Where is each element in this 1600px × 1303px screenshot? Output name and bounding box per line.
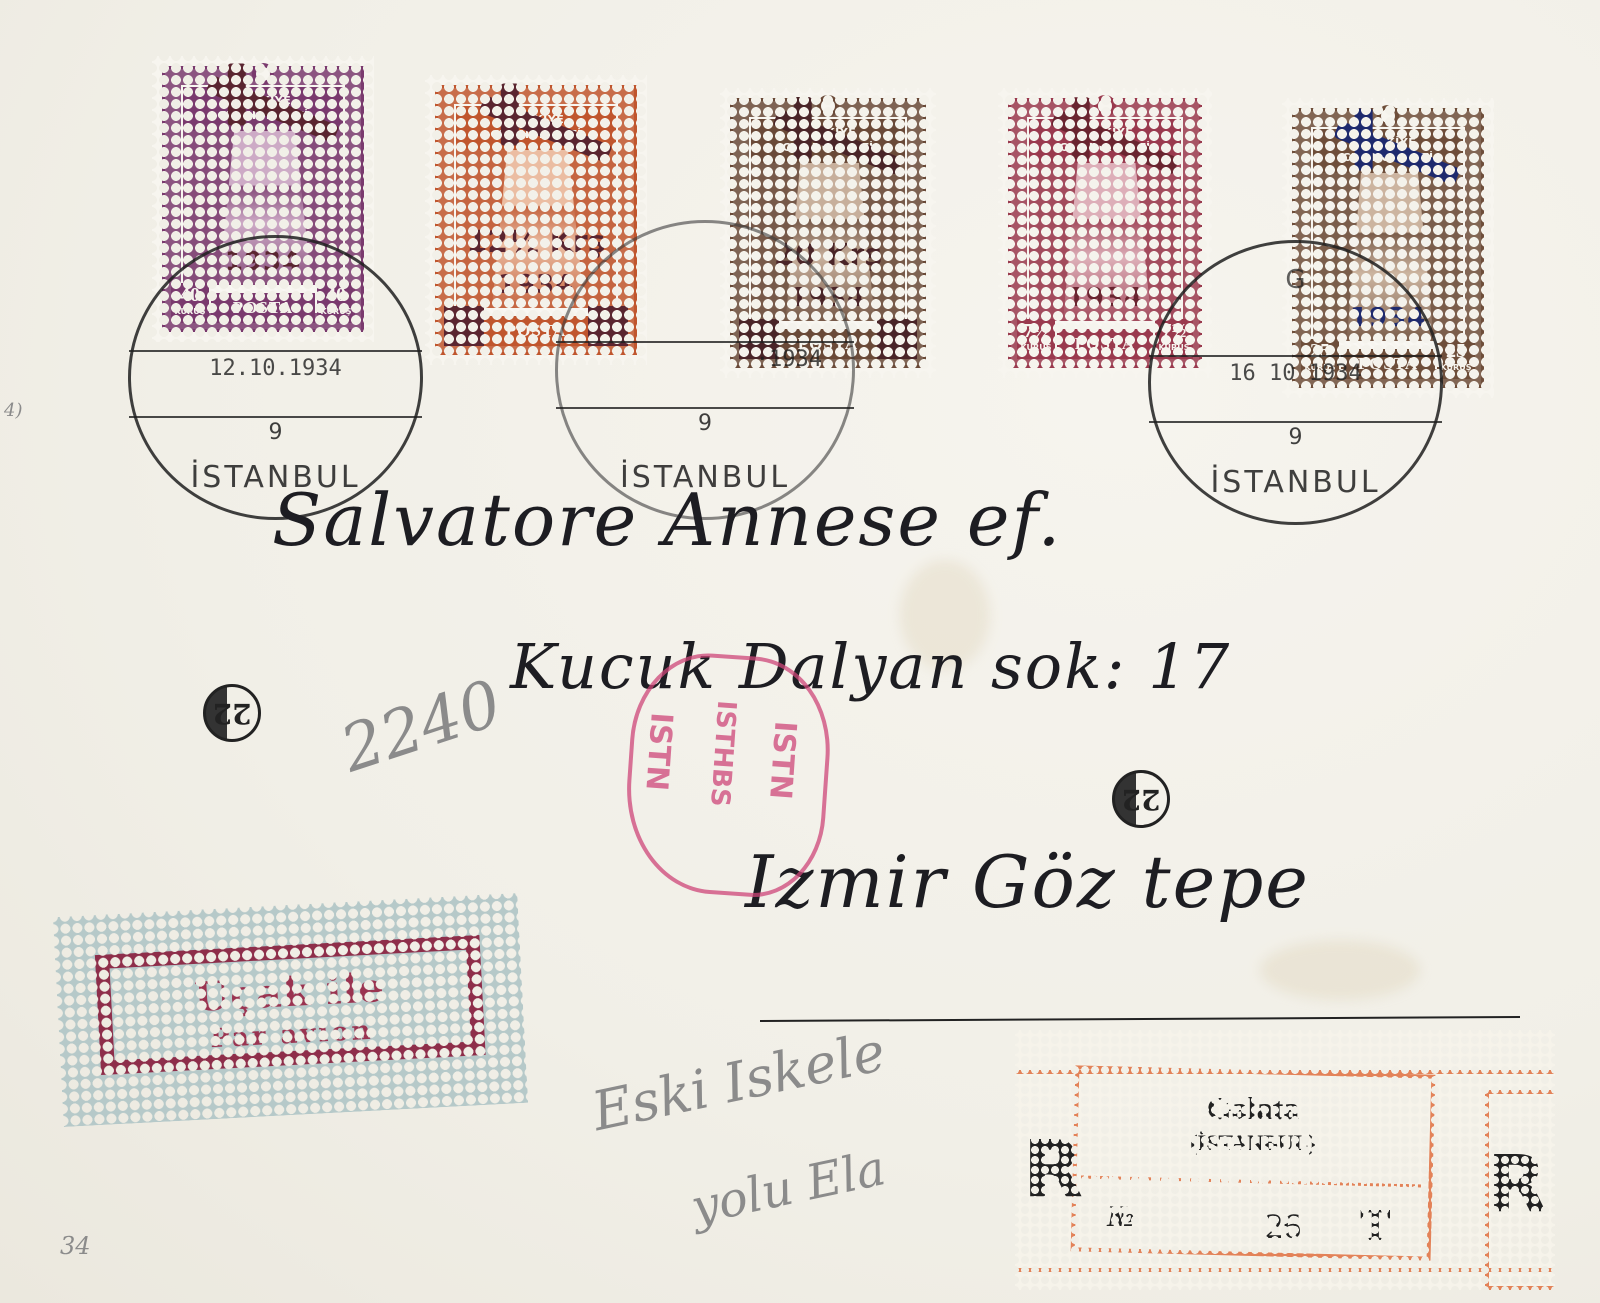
- registration-suffix: T: [1360, 1198, 1391, 1251]
- censor-text: ISTN: [638, 711, 678, 792]
- registration-letter-next: R: [1487, 1140, 1547, 1230]
- stamp-value: 25: [1446, 340, 1466, 362]
- stamp-value: 25: [1310, 340, 1330, 362]
- overprint-year: 1934: [438, 270, 634, 300]
- stamp-ankara-kalesi: TÜRKİYECUMHURİYETİ 12½ Krş 1934 POSTA: [425, 75, 647, 365]
- registration-number: 26: [1265, 1205, 1301, 1247]
- stamp-25-kurus: TÜRKİYECUMHURİYETİ 1934 25KURUŞ 25KURUŞ …: [1282, 98, 1494, 398]
- stamp-unit: KURUŞ: [1017, 343, 1055, 353]
- stamp-unit: KURUŞ: [171, 307, 209, 317]
- recipient-street: Kucuk Dalyan sok: 17: [510, 630, 1231, 703]
- overprint-value: 12½ Krş: [438, 225, 634, 260]
- censor-text: ISTHBS: [704, 699, 741, 807]
- stamp-20-krs-overprint: TÜRKİYECUMHURİYETİ 20 Krş 1934 POSTA: [720, 88, 936, 378]
- pencil-note: yolu Ela: [686, 1140, 890, 1236]
- obliteration-bar: [588, 306, 628, 346]
- pencil-margin-note: 4): [4, 400, 22, 421]
- stamp-posta: POSTA: [1341, 349, 1435, 379]
- envelope: TÜRKİYECUMHURİYETİ 1934 40KURUŞ 40KURUŞ …: [0, 0, 1600, 1303]
- stamp-value: 40: [326, 284, 346, 306]
- stamp-posta: POSTA: [211, 293, 315, 323]
- stamp-posta: POSTA: [484, 316, 588, 346]
- censor-text: ISTN: [762, 720, 802, 801]
- obliteration-bar: [739, 319, 779, 359]
- circled-mark: 22: [1112, 770, 1170, 828]
- overprint-year: 1934: [165, 247, 361, 277]
- registration-city: (İSTANBUL): [1073, 1130, 1433, 1156]
- pencil-note: Eski Iskele: [587, 1020, 891, 1143]
- stamp-posta: POSTA: [1057, 329, 1153, 359]
- stamp-unit: KURUŞ: [1155, 343, 1193, 353]
- registration-label: R R Galata (İSTANBUL) № 26 T: [1015, 1030, 1555, 1290]
- postmark-number: 9: [131, 420, 420, 445]
- crescent-star-icon: [252, 63, 274, 85]
- stamp-unit: KURUŞ: [317, 307, 355, 317]
- circled-mark: 22: [203, 684, 261, 742]
- stamp-value: 40: [180, 284, 200, 306]
- stamp-posta: POSTA: [779, 329, 877, 359]
- stamp-7-5-kurus: TÜRKİYECUMHURİYETİ 1934 7½KURUŞ 7½KURUŞ …: [998, 88, 1212, 378]
- postmark-city: İSTANBUL: [1151, 465, 1440, 500]
- stamp-value: 7½: [1162, 320, 1187, 342]
- postmark-number: 9: [558, 411, 852, 436]
- stamp-40-kurus: TÜRKİYECUMHURİYETİ 1934 40KURUŞ 40KURUŞ …: [152, 56, 374, 342]
- overprint-year: 1934: [1011, 283, 1199, 313]
- obliteration-bar: [444, 306, 484, 346]
- stamp-value: 7½: [1024, 320, 1049, 342]
- overprint-value: 20 Krş: [733, 238, 923, 273]
- recipient-name: Salvatore Annese ef.: [272, 478, 1062, 562]
- pencil-number: 2240: [333, 667, 511, 788]
- censor-handstamp: ISTN ISTHBS ISTN: [620, 648, 836, 901]
- recipient-city: Izmir Göz tepe: [745, 840, 1310, 924]
- overprint-year: 1934: [733, 283, 923, 313]
- stamp-unit: KURUŞ: [1437, 363, 1475, 373]
- crescent-star-icon: [1094, 95, 1116, 117]
- airmail-label: Uçak ile Par avion: [53, 893, 528, 1127]
- pencil-corner-note: 34: [60, 1232, 91, 1260]
- crescent-star-icon: [1377, 105, 1399, 127]
- obliteration-bar: [877, 319, 917, 359]
- stamp-unit: KURUŞ: [1301, 363, 1339, 373]
- registration-office: Galata: [1073, 1090, 1433, 1127]
- numero-sign: №: [1107, 1200, 1134, 1234]
- overprint-year: 1934: [1295, 303, 1481, 333]
- postmark-number: 9: [1151, 425, 1440, 450]
- crescent-star-icon: [817, 95, 839, 117]
- paper-stain: [1260, 940, 1420, 1000]
- postmark-date: 12.10.1934: [131, 356, 420, 381]
